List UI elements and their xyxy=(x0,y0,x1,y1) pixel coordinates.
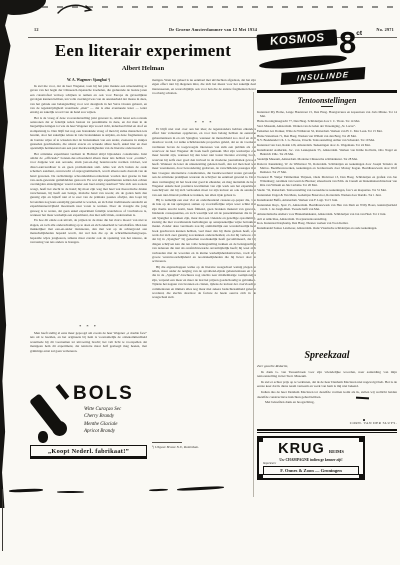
article-column-2: matigen. Want het geheel is nu eenmaal m… xyxy=(152,78,256,457)
article: Een literair experiment Albert Helman W.… xyxy=(30,41,256,457)
exhibition-item: N.V. Boekhandel v/h. J. G. Broese, Utrec… xyxy=(257,138,397,142)
article-paragraph: Er blijft niet veel over aan het idee; d… xyxy=(152,127,256,197)
kosmos-price-unit: ct xyxy=(356,30,362,37)
asterism-separator: * * * xyxy=(152,120,256,125)
scan-edge-line xyxy=(2,489,3,551)
exhibitions-heading: Tentoonstellingen xyxy=(257,96,397,105)
article-text-block: matigen. Want het geheel is nu eenmaal m… xyxy=(152,78,256,118)
exhibition-item: Kunsthandel Aalderink, Jac. van Lennepka… xyxy=(257,148,397,156)
corner-square xyxy=(359,437,364,442)
asterism-separator: * * * xyxy=(30,324,147,329)
corner-square xyxy=(258,437,263,442)
article-paragraph: matigen. Want het geheel is nu eenmaal m… xyxy=(152,78,256,96)
right-column: KOSMOS 8ct INSULINDE Tentoonstellingen K… xyxy=(257,27,397,480)
exhibition-item: Eetkamer Ad. Donker, Witte de Withstraat… xyxy=(257,129,397,133)
heading-dash xyxy=(321,106,333,107)
exhibition-item: Amsterdamsche Ateliers voor Binnenhuisku… xyxy=(257,212,397,216)
corner-square xyxy=(258,474,263,479)
exhibition-item: Studio ’32, Rotterdam. Tentoonstelling v… xyxy=(257,188,397,192)
article-byline: Albert Helman xyxy=(30,65,256,72)
exhibition-item: Huize Statenlaan 71, Den Haag. Werken va… xyxy=(257,134,397,138)
ink-smudge xyxy=(149,489,168,492)
exhibition-item: Huize Koninginnegracht 77, Den Haag. Sch… xyxy=(257,119,397,123)
kosmos-product-banner: INSULINDE xyxy=(281,67,366,85)
letter-signature: CORN. VAN DER SLUYS. xyxy=(257,421,397,425)
ink-smudge xyxy=(9,488,43,492)
article-paragraph: Ik stel me voor, dat de heer Wagener, to… xyxy=(30,84,147,115)
newspaper-page: 12 De Groene Amsterdammer van 12 Mei 193… xyxy=(0,0,400,565)
exhibition-item: Stedelijk Museum, Amsterdam. Moderne Chi… xyxy=(257,157,397,161)
krug-importer: F. Onnes & Zoon — Groningen xyxy=(263,466,359,475)
krug-tagline: Uw CHAMPAGNE indien ge kenner zijt! xyxy=(263,458,359,462)
article-footnote: ¹) Uitgave Brusse N.V., Rotterdam. xyxy=(152,445,256,449)
article-paragraph: En hoe dit einde ook uitvalt, de prijzen… xyxy=(30,218,147,244)
article-paragraph: Bij die eigenschappen welke op de litera… xyxy=(152,265,256,300)
bols-product: Cherry Brandy xyxy=(84,413,121,420)
exhibition-item: Kunstzaal My Home, Lange Houtstraat 15, … xyxy=(257,110,397,118)
kosmos-ad: KOSMOS 8ct INSULINDE xyxy=(257,29,397,86)
article-paragraph: Het is de vraag of deze vooronderstellin… xyxy=(30,116,147,151)
double-rule xyxy=(257,429,397,434)
article-columns: W. A. Wagener: Sjanghai ¹) Ik stel me vo… xyxy=(30,78,256,457)
krug-ad: KRUG REIMS Uw CHAMPAGNE indien ge kenner… xyxy=(257,436,365,480)
spreekzaal-letter: Zeer geachte Redactie, Ik dank G. van Tu… xyxy=(257,364,397,420)
kosmos-price: 8ct xyxy=(339,27,362,58)
bols-product-list: Witte Curaçao SecCherry BrandyMenthe Gla… xyxy=(84,406,121,435)
corner-square xyxy=(359,474,364,479)
article-text-block: Er blijft niet veel over aan het idee; d… xyxy=(152,127,256,439)
footnote-rule xyxy=(152,442,182,443)
exhibition-item: Rotterd. Kunstkring, W. de Withstraat 35… xyxy=(257,162,397,174)
review-heading: W. A. Wagener: Sjanghai ¹) xyxy=(30,78,147,82)
exhibition-item: Kon. Kunstzaal Kleykamp, Den Haag. Nieuw… xyxy=(257,221,397,225)
scan-edge-shadow xyxy=(0,0,17,508)
letter-salutation: Zeer geachte Redactie, xyxy=(257,364,397,369)
article-paragraph: Men heeft stellig al eens meer gepoogd o… xyxy=(30,331,147,353)
bols-slogan: „Koopt Nederl. fabrikaat!” xyxy=(30,445,147,457)
krug-city: REIMS xyxy=(329,449,344,454)
article-text-block: Ik stel me voor, dat de heer Wagener, to… xyxy=(30,84,147,322)
article-title: Een literair experiment xyxy=(30,41,256,61)
bols-product: Menthe Glaciale xyxy=(84,421,121,428)
ink-smudge xyxy=(57,491,84,493)
article-paragraph: Het artistieke experiment verdient in Ho… xyxy=(30,152,147,218)
glass-icon xyxy=(38,431,48,443)
exhibition-item: Sted. Museum, Amsterdam. Werken van de l… xyxy=(257,124,397,128)
letter-paragraph: Indien dus de heer Denham Maclaren tot d… xyxy=(257,390,397,399)
article-paragraph: Hij is namelijk een zeer vlot en onderho… xyxy=(152,198,256,264)
exhibition-item: Toonzaal H. Weijer Timmerman Thijssen, O… xyxy=(257,175,397,187)
article-text-block: Men heeft stellig al eens meer gepoogd o… xyxy=(30,331,147,375)
krug-brand: KRUG xyxy=(278,441,325,457)
kosmos-brand-banner: KOSMOS xyxy=(257,29,338,51)
column-divider xyxy=(253,92,254,497)
letter-body: Ik dank G. van Tussenbroek voor zijn vri… xyxy=(257,370,397,400)
exhibition-item: Kunstzaal van Lier, Rokin 126, Amsterdam… xyxy=(257,143,397,147)
letter-paragraph: Ik dank G. van Tussenbroek voor zijn vri… xyxy=(257,370,397,379)
exhibitions-list: Kunstzaal My Home, Lange Houtstraat 15, … xyxy=(257,110,397,347)
letter-closing: Met beleefden dank en hoogachting, xyxy=(257,400,397,405)
exhibition-item: Kunsthandel Santee Landweer, Amsterdam. … xyxy=(257,226,397,230)
pen-scribble-mark xyxy=(56,2,98,16)
glass-icon xyxy=(52,421,67,436)
exhibition-item: Kunstzalen Ruys, Spui 15, Amsterdam. Bee… xyxy=(257,203,397,211)
ink-smudge xyxy=(177,486,224,491)
exhibition-item: Kunsthandel Buffa, Amsterdam. Werken van… xyxy=(257,198,397,202)
section-rule xyxy=(257,90,397,93)
krug-importer-label: Importeurs: xyxy=(263,462,359,465)
bols-product: Apricot Brandy xyxy=(84,428,121,435)
kosmos-brand: KOSMOS xyxy=(269,32,324,48)
bols-brand: BOLS xyxy=(73,383,134,405)
exhibition-item: Kunstzalen Unger & Van Mens, Gedempte Bo… xyxy=(257,193,397,197)
bottle-neck-icon xyxy=(56,384,69,399)
letter-paragraph: Ik stel er echter prijs op te verklaren,… xyxy=(257,380,397,389)
bols-ad: BOLS Witte Curaçao SecCherry BrandyMenth… xyxy=(30,385,147,457)
kosmos-product: INSULINDE xyxy=(297,70,350,83)
scan-corner-blob xyxy=(0,0,46,15)
article-column-1: W. A. Wagener: Sjanghai ¹) Ik stel me vo… xyxy=(30,78,147,457)
spreekzaal-heading: Spreekzaal xyxy=(257,350,397,361)
exhibition-item: Arti et Amicitiae, Amsterdam. Voorjaarst… xyxy=(257,217,397,221)
bols-product: Witte Curaçao Sec xyxy=(84,406,121,413)
